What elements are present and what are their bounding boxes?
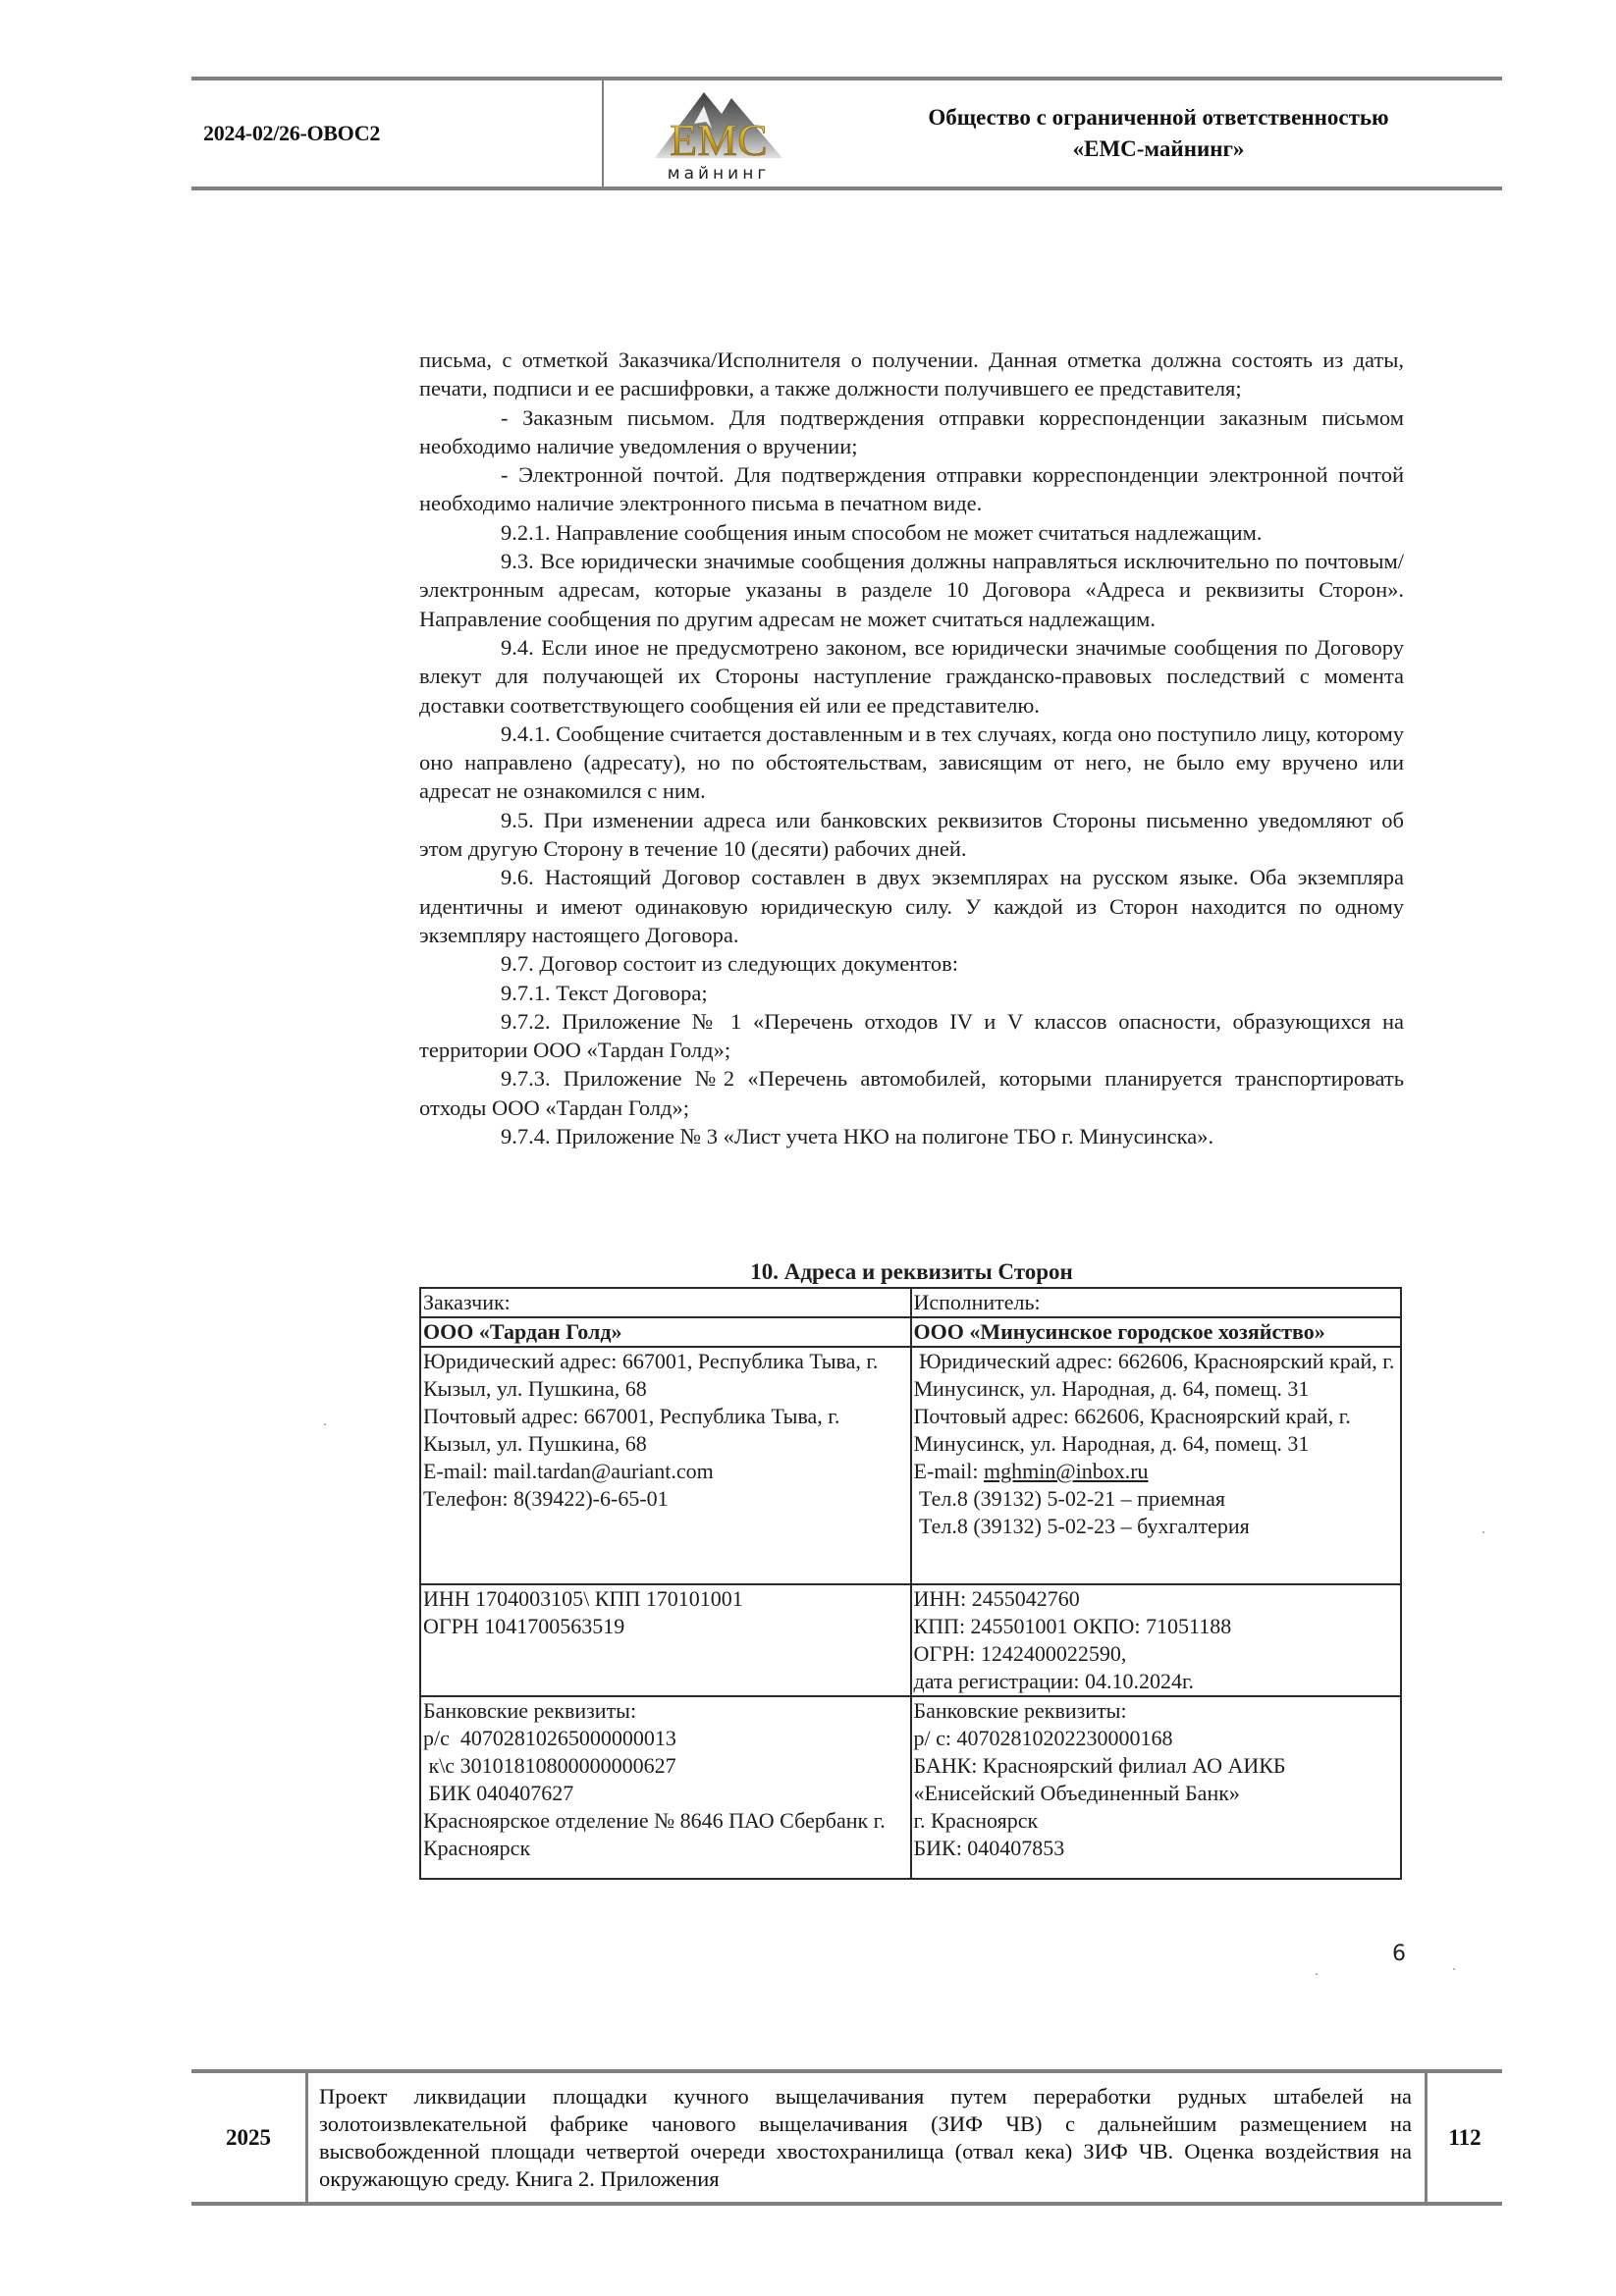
email-label: E-mail: <box>914 1459 984 1483</box>
page-footer: 2025 Проект ликвидации площадки кучного … <box>191 2069 1502 2206</box>
customer-bank: Банковские реквизиты:р/с 407028102650000… <box>420 1696 911 1879</box>
footer-year: 2025 <box>191 2073 305 2202</box>
contractor-phones: Тел.8 (39132) 5-02-21 – приемная Тел.8 (… <box>914 1485 1399 1540</box>
contractor-address: Юридический адрес: 662606, Красноярский … <box>914 1348 1399 1458</box>
cell-line: г. Красноярск <box>914 1807 1399 1835</box>
cell-line: Тел.8 (39132) 5-02-21 – приемная <box>914 1485 1399 1513</box>
scan-speck <box>1482 1531 1484 1533</box>
cell-line: E-mail: mail.tardan@auriant.com <box>423 1458 908 1485</box>
cell-line: Красноярское отделение № 8646 ПАО Сберба… <box>423 1807 908 1862</box>
company-logo: ЕМС майнинг <box>635 84 802 183</box>
cell-line: Телефон: 8(39422)-6-65-01 <box>423 1485 908 1513</box>
page-header: 2024-02/26-ОВОС2 ЕМС майнинг Общ <box>191 77 1502 190</box>
scan-speck <box>324 1423 326 1425</box>
customer-name: ООО «Тардан Голд» <box>420 1317 911 1347</box>
mountain-logo-icon: ЕМС майнинг <box>635 84 802 183</box>
contract-paragraph: 9.6. Настоящий Договор составлен в двух … <box>419 863 1404 949</box>
company-line-1: Общество с ограниченной ответственностью <box>928 102 1388 133</box>
customer-ids: ИНН 1704003105\ КПП 170101001ОГРН 104170… <box>420 1584 911 1696</box>
table-row: Заказчик: Исполнитель: <box>420 1288 1401 1317</box>
table-row: ООО «Тардан Голд» ООО «Минусинское город… <box>420 1317 1401 1347</box>
footer-page-number: 112 <box>1427 2073 1502 2202</box>
contract-paragraph: 9.7.2. Приложение № 1 «Перечень отходов … <box>419 1007 1404 1065</box>
footer-title: Проект ликвидации площадки кучного выщел… <box>319 2083 1412 2193</box>
scan-speck <box>1316 1973 1318 1975</box>
company-title: Общество с ограниченной ответственностью… <box>820 80 1497 187</box>
contract-paragraph: 9.5. При изменении адреса или банковских… <box>419 806 1404 864</box>
cell-line: БИК 040407627 <box>423 1780 908 1807</box>
contractor-ids: ИНН: 2455042760КПП: 245501001 ОКПО: 7105… <box>911 1584 1402 1696</box>
contract-paragraph: - Электронной почтой. Для подтверждения … <box>419 460 1404 518</box>
cell-line: ИНН: 2455042760 <box>914 1585 1399 1613</box>
cell-line: БИК: 040407853 <box>914 1835 1399 1862</box>
contractor-name: ООО «Минусинское городское хозяйство» <box>911 1317 1402 1347</box>
cell-line: Юридический адрес: 667001, Республика Ты… <box>423 1348 908 1403</box>
cell-line: Банковские реквизиты: <box>914 1697 1399 1725</box>
contractor-email-link[interactable]: mghmin@inbox.ru <box>984 1459 1149 1483</box>
cell-line: ИНН 1704003105\ КПП 170101001 <box>423 1585 908 1613</box>
cell-line: Почтовый адрес: 667001, Республика Тыва,… <box>423 1403 908 1458</box>
contractor-role: Исполнитель: <box>911 1288 1402 1317</box>
company-line-2: «ЕМС-майнинг» <box>1073 133 1245 165</box>
contract-paragraph: 9.7.4. Приложение № 3 «Лист учета НКО на… <box>419 1122 1404 1150</box>
table-row: Банковские реквизиты:р/с 407028102650000… <box>420 1696 1401 1879</box>
contract-paragraph: 9.7.1. Текст Договора; <box>419 979 1404 1007</box>
customer-role: Заказчик: <box>420 1288 911 1317</box>
contract-paragraph: 9.7. Договор состоит из следующих докуме… <box>419 949 1404 978</box>
scan-speck <box>1453 1968 1455 1970</box>
contract-paragraph: 9.4. Если иное не предусмотрено законом,… <box>419 633 1404 720</box>
cell-line: Юридический адрес: 662606, Красноярский … <box>914 1348 1399 1403</box>
document-code: 2024-02/26-ОВОС2 <box>203 80 596 187</box>
section-title: 10. Адреса и реквизиты Сторон <box>419 1259 1404 1285</box>
contractor-address-cell: Юридический адрес: 662606, Красноярский … <box>911 1347 1402 1584</box>
cell-line: ОГРН 1041700563519 <box>423 1613 908 1640</box>
contract-body: письма, с отметкой Заказчика/Исполнителя… <box>419 346 1404 1150</box>
logo-sub: майнинг <box>668 164 771 183</box>
cell-line: ОГРН: 1242400022590, <box>914 1640 1399 1668</box>
requisites-table: Заказчик: Исполнитель: ООО «Тардан Голд»… <box>419 1287 1402 1880</box>
cell-line: БАНК: Красноярский филиал АО АИКБ «Енисе… <box>914 1752 1399 1807</box>
scan-speck <box>1345 412 1347 414</box>
cell-line: Тел.8 (39132) 5-02-23 – бухгалтерия <box>914 1513 1399 1540</box>
cell-line: дата регистрации: 04.10.2024г. <box>914 1668 1399 1695</box>
contract-paragraph: 9.4.1. Сообщение считается доставленным … <box>419 720 1404 806</box>
page-number: 6 <box>1392 1942 1406 1966</box>
cell-line: КПП: 245501001 ОКПО: 71051188 <box>914 1613 1399 1640</box>
cell-line: р/с 40702810265000000013 <box>423 1725 908 1752</box>
contract-paragraph: - Заказным письмом. Для подтверждения от… <box>419 403 1404 461</box>
cell-line: Почтовый адрес: 662606, Красноярский кра… <box>914 1403 1399 1458</box>
contractor-bank: Банковские реквизиты:р/ с: 4070281020223… <box>911 1696 1402 1879</box>
customer-address-cell: Юридический адрес: 667001, Республика Ты… <box>420 1347 911 1584</box>
contract-paragraph: 9.2.1. Направление сообщения иным способ… <box>419 518 1404 547</box>
table-row: Юридический адрес: 667001, Республика Ты… <box>420 1347 1401 1584</box>
cell-line: р/ с: 40702810202230000168 <box>914 1725 1399 1752</box>
table-row: ИНН 1704003105\ КПП 170101001ОГРН 104170… <box>420 1584 1401 1696</box>
contract-paragraph: письма, с отметкой Заказчика/Исполнителя… <box>419 346 1404 403</box>
cell-line: к\с 30101810800000000627 <box>423 1752 908 1780</box>
cell-line: Банковские реквизиты: <box>423 1697 908 1725</box>
contract-paragraph: 9.3. Все юридически значимые сообщения д… <box>419 547 1404 633</box>
header-divider <box>602 80 604 187</box>
contract-paragraph: 9.7.3. Приложение №2 «Перечень автомобил… <box>419 1064 1404 1122</box>
contractor-email-line: E-mail: mghmin@inbox.ru <box>914 1458 1399 1485</box>
footer-divider <box>305 2073 308 2202</box>
logo-brand: ЕМС <box>670 115 768 165</box>
